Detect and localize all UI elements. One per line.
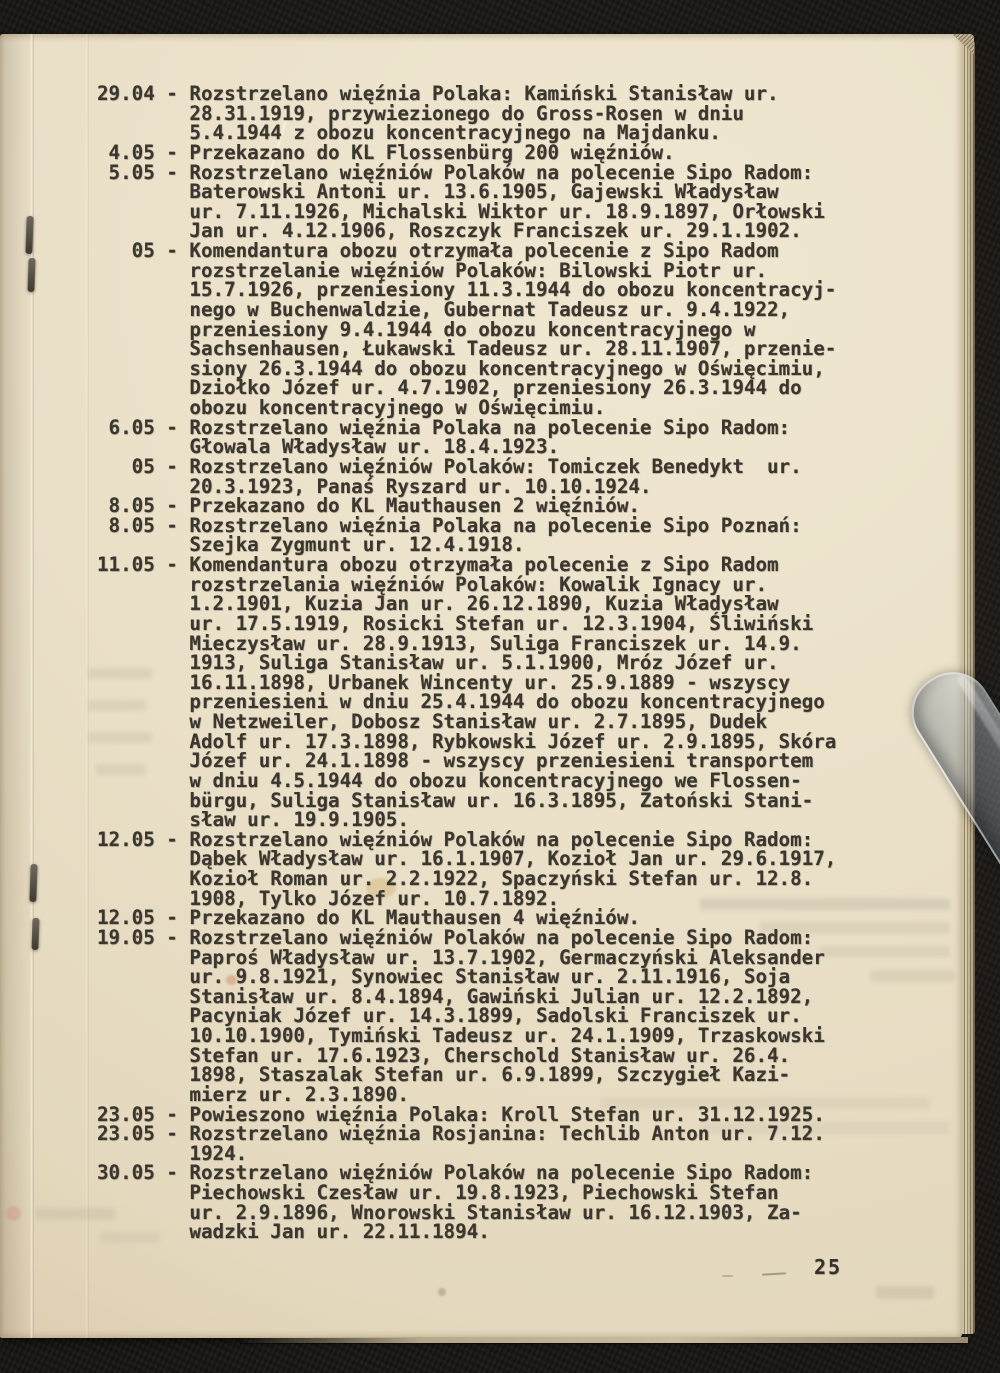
entry-continuation-line: obozu koncentracyjnego w Oświęcimiu. <box>97 398 836 418</box>
entry-continuation-line: 5.4.1944 z obozu koncentracyjnego na Maj… <box>97 123 836 143</box>
entry-line: 29.04 - Rozstrzelano więźnia Polaka: Kam… <box>97 84 836 104</box>
entry-continuation-line: 1913, Suliga Stanisław ur. 5.1.1900, Mró… <box>97 653 836 673</box>
entry-continuation-line: 1.2.1901, Kuzia Jan ur. 26.12.1890, Kuzi… <box>97 594 836 614</box>
ghost-showthrough <box>820 946 950 957</box>
entry-line: 11.05 - Komendantura obozu otrzymała pol… <box>97 555 836 575</box>
entry-continuation-line: w dniu 4.5.1944 do obozu koncentracyjneg… <box>97 771 836 791</box>
binding-staple <box>29 864 37 902</box>
entry-line: 23.05 - Rozstrzelano więźnia Rosjanina: … <box>97 1124 836 1144</box>
paper-stain <box>438 1288 446 1296</box>
binding-staple <box>31 918 39 950</box>
entry-continuation-line: mierz ur. 2.3.1890. <box>97 1085 836 1105</box>
ghost-showthrough <box>870 970 955 982</box>
paper-stain <box>6 1206 21 1221</box>
entry-continuation-line: Józef ur. 24.1.1898 - wszyscy przeniesie… <box>97 751 836 771</box>
fold-crease-line <box>85 34 89 1338</box>
binding-staple <box>25 216 33 254</box>
entry-continuation-line: Baterowski Antoni ur. 13.6.1905, Gajewsk… <box>97 182 836 202</box>
entry-line: 4.05 - Przekazano do KL Flossenbürg 200 … <box>97 143 836 163</box>
typewritten-text-block: 29.04 - Rozstrzelano więźnia Polaka: Kam… <box>97 84 836 1242</box>
binding-staple <box>27 258 35 292</box>
entry-continuation-line: ur. 17.5.1919, Rosicki Stefan ur. 12.3.1… <box>97 614 836 634</box>
entry-continuation-line: ur. 9.8.1921, Synowiec Stanisław ur. 2.1… <box>97 967 836 987</box>
entry-continuation-line: w Netzweiler, Dobosz Stanisław ur. 2.7.1… <box>97 712 836 732</box>
entry-line: 19.05 - Rozstrzelano więźniów Polaków na… <box>97 928 836 948</box>
entry-continuation-line: Głowala Władysław ur. 18.4.1923. <box>97 437 836 457</box>
page-stack-edge-bottom <box>240 1337 968 1343</box>
entry-line: 12.05 - Przekazano do KL Mauthausen 4 wi… <box>97 908 836 928</box>
entry-line: 05 - Rozstrzelano więźniów Polaków: Tomi… <box>97 457 836 477</box>
scanned-photo-canvas: 29.04 - Rozstrzelano więźnia Polaka: Kam… <box>0 0 1000 1373</box>
pencil-dash-mark <box>722 1275 733 1277</box>
entry-continuation-line: Kozioł Roman ur. 2.2.1922, Spaczyński St… <box>97 869 836 889</box>
entry-line: 8.05 - Przekazano do KL Mauthausen 2 wię… <box>97 496 836 516</box>
entry-continuation-line: 1898, Staszalak Stefan ur. 6.9.1899, Szc… <box>97 1065 836 1085</box>
entry-continuation-line: Piechowski Czesław ur. 19.8.1923, Piecho… <box>97 1183 836 1203</box>
entry-continuation-line: wadzki Jan ur. 22.11.1894. <box>97 1222 836 1242</box>
entry-line: 05 - Komendantura obozu otrzymała polece… <box>97 241 836 261</box>
page-number: 25 <box>814 1255 842 1279</box>
entry-continuation-line: Sachsenhausen, Łukawski Tadeusz ur. 28.1… <box>97 339 836 359</box>
entry-continuation-line: nego w Buchenwaldzie, Gubernat Tadeusz u… <box>97 300 836 320</box>
ghost-showthrough <box>876 1286 934 1299</box>
entry-continuation-line: 15.7.1926, przeniesiony 11.3.1944 do obo… <box>97 280 836 300</box>
entry-continuation-line: 10.10.1900, Tymiński Tadeusz ur. 24.1.19… <box>97 1026 836 1046</box>
entry-continuation-line: sław ur. 19.9.1905. <box>97 810 836 830</box>
